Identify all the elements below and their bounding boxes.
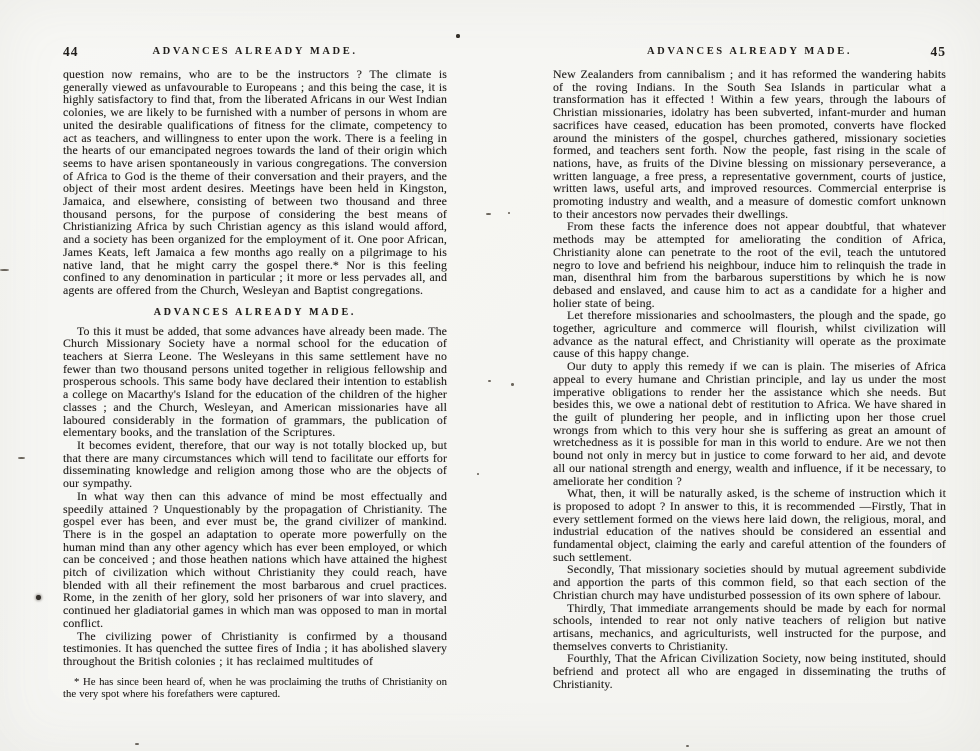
paragraph: It becomes evident, therefore, that our … bbox=[63, 439, 447, 490]
scan-speck bbox=[508, 212, 510, 214]
paragraph-continuation: New Zealanders from cannibalism ; and it… bbox=[553, 68, 946, 220]
running-title-left: ADVANCES ALREADY MADE. bbox=[63, 46, 447, 57]
paragraph: To this it must be added, that some adva… bbox=[63, 325, 447, 439]
ink-blot bbox=[36, 595, 41, 600]
section-heading: ADVANCES ALREADY MADE. bbox=[63, 307, 447, 318]
paragraph: What, then, it will be naturally asked, … bbox=[553, 487, 946, 563]
running-header-right: ADVANCES ALREADY MADE. 45 bbox=[553, 46, 946, 60]
page-number-right: 45 bbox=[931, 44, 947, 60]
paragraph: Let therefore missionaries and schoolmas… bbox=[553, 309, 946, 360]
paragraph: The civilizing power of Christianity is … bbox=[63, 630, 447, 668]
scan-speck bbox=[0, 269, 9, 271]
paragraph-continuation: question now remains, who are to be the … bbox=[63, 68, 447, 297]
page-left: 44 ADVANCES ALREADY MADE. question now r… bbox=[63, 0, 447, 700]
paragraph: In what way then can this advance of min… bbox=[63, 490, 447, 630]
scan-speck bbox=[18, 457, 25, 459]
scan-speck bbox=[456, 34, 460, 38]
paragraph: Secondly, That missionary societies shou… bbox=[553, 563, 946, 601]
running-header-left: 44 ADVANCES ALREADY MADE. bbox=[63, 46, 447, 60]
scan-speck bbox=[511, 383, 514, 386]
paragraph: From these facts the inference does not … bbox=[553, 220, 946, 309]
book-scan: 44 ADVANCES ALREADY MADE. question now r… bbox=[0, 0, 980, 751]
running-title-right: ADVANCES ALREADY MADE. bbox=[553, 46, 946, 57]
paragraph: Our duty to apply this remedy if we can … bbox=[553, 360, 946, 487]
scan-speck bbox=[488, 380, 491, 382]
scan-speck bbox=[477, 473, 479, 475]
page-number-left: 44 bbox=[63, 44, 79, 60]
paragraph: Thirdly, That immediate arrangements sho… bbox=[553, 602, 946, 653]
page-right: ADVANCES ALREADY MADE. 45 New Zealanders… bbox=[553, 0, 946, 690]
footnote: * He has since been heard of, when he wa… bbox=[63, 677, 447, 701]
scan-speck bbox=[486, 213, 491, 215]
scan-speck bbox=[686, 745, 689, 747]
scan-speck bbox=[135, 743, 139, 745]
paragraph: Fourthly, That the African Civilization … bbox=[553, 652, 946, 690]
